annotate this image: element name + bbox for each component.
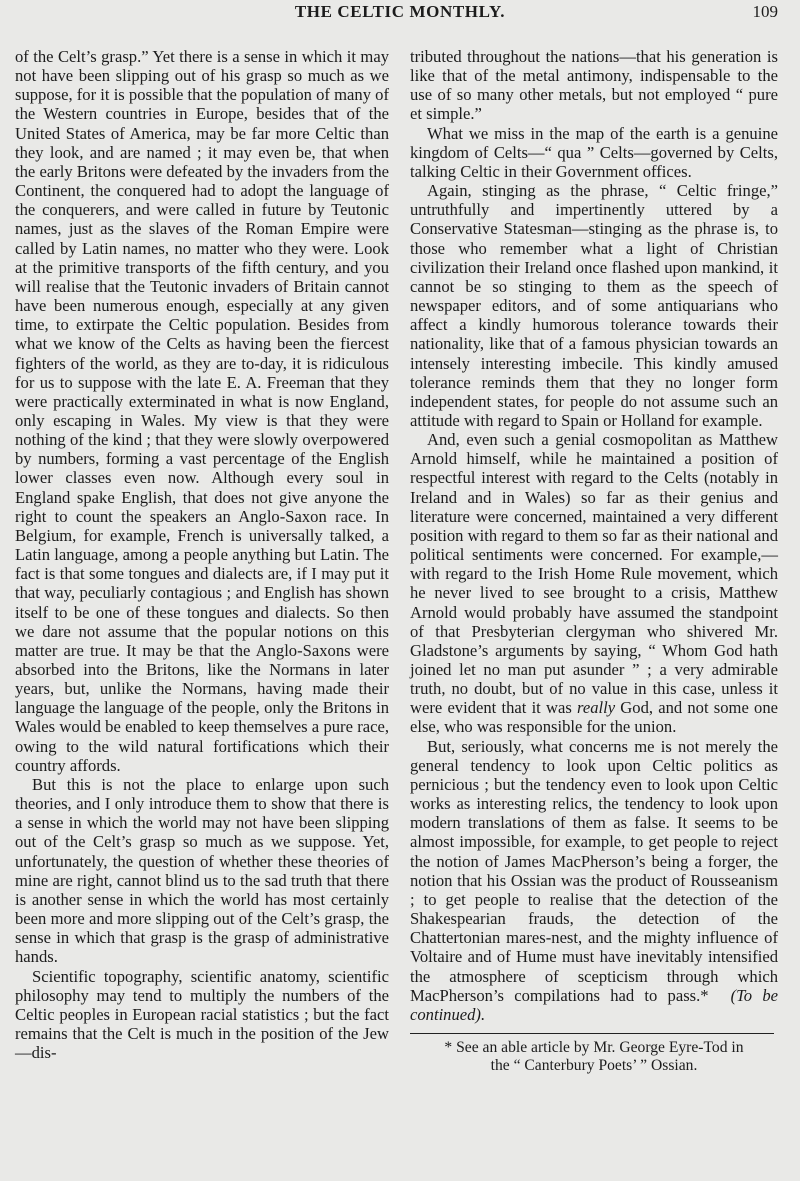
paragraph: tributed throughout the nations—that his…: [410, 47, 778, 124]
footnote: * See an able article by Mr. George Eyre…: [410, 1039, 778, 1075]
paragraph: Scientific topography, scientific anatom…: [15, 967, 389, 1063]
page-number: 109: [753, 2, 779, 22]
paragraph: But, seriously, what concerns me is not …: [410, 737, 778, 1024]
paragraph: Again, stinging as the phrase, “ Celtic …: [410, 181, 778, 430]
paragraph-text: But, seriously, what concerns me is not …: [410, 737, 778, 1005]
running-title: THE CELTIC MONTHLY.: [0, 2, 800, 22]
paragraph: And, even such a genial cosmopolitan as …: [410, 430, 778, 737]
left-column: of the Celt’s grasp.” Yet there is a sen…: [15, 47, 389, 1062]
paragraph: But this is not the place to enlarge upo…: [15, 775, 389, 967]
paragraph-text: And, even such a genial cosmopolitan as …: [410, 430, 778, 717]
footnote-line: the “ Canterbury Poets’ ” Ossian.: [491, 1057, 698, 1074]
paragraph: What we miss in the map of the earth is …: [410, 124, 778, 181]
document-page: THE CELTIC MONTHLY. 109 of the Celt’s gr…: [0, 0, 800, 1181]
footnote-line: * See an able article by Mr. George Eyre…: [444, 1039, 743, 1056]
emphasis: really: [577, 698, 615, 717]
paragraph: of the Celt’s grasp.” Yet there is a sen…: [15, 47, 389, 775]
footnote-divider: [410, 1033, 774, 1034]
page-header: THE CELTIC MONTHLY. 109: [0, 2, 800, 24]
right-column: tributed throughout the nations—that his…: [410, 47, 778, 1075]
